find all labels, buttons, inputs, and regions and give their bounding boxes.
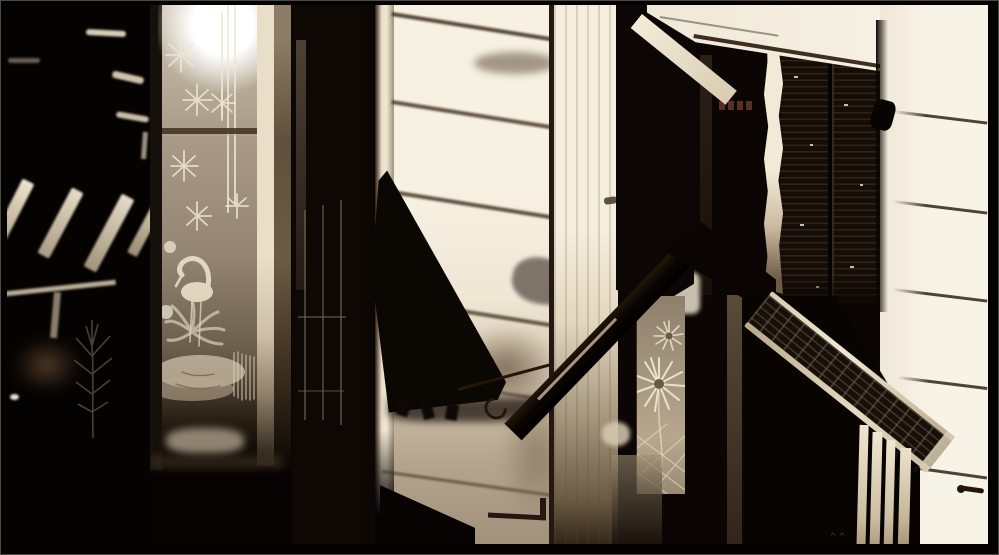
wall-shadow-sliver — [876, 20, 888, 312]
frame-left — [0, 0, 7, 555]
etched-fern-art — [68, 316, 118, 441]
sash-bar — [304, 210, 306, 420]
grime-smudge — [474, 52, 556, 74]
latch-hook-head — [957, 485, 965, 493]
trim-streaks — [554, 0, 618, 555]
window-stile-streaked — [274, 0, 291, 470]
lit-louver-dash — [116, 111, 150, 123]
speckle — [794, 76, 798, 78]
speckle — [860, 184, 863, 186]
sash-bar-horizontal — [298, 390, 344, 392]
white-speck — [10, 394, 19, 400]
pane-lower-fade — [612, 455, 662, 553]
sill-patch — [166, 428, 244, 454]
shutter-slat — [84, 194, 135, 273]
shutter-slat — [37, 187, 83, 258]
speckle — [810, 144, 813, 146]
shadow-gap-zone — [292, 0, 362, 555]
shutter-slat — [127, 201, 150, 257]
sash-bar-horizontal — [298, 316, 346, 318]
etched-window-flamingo — [150, 0, 292, 555]
frame-top — [0, 0, 999, 5]
shutter-bracket — [50, 292, 61, 338]
left-shadow-zone — [0, 0, 150, 555]
speckle — [844, 104, 848, 106]
lit-louver-dash — [112, 70, 145, 84]
lit-louver-dash — [141, 132, 148, 159]
trim-bright-spot — [602, 422, 630, 446]
mullion-highlight — [162, 134, 257, 136]
scratch-mark-vertical — [540, 498, 546, 520]
speckle — [800, 224, 804, 226]
lit-louver-dash — [86, 29, 126, 37]
sepia-facade-photo: ^^ — [0, 0, 999, 555]
window-stile-bright — [257, 0, 274, 466]
frame-bottom — [0, 544, 999, 555]
sill-step — [150, 455, 282, 469]
watermark: ^^ — [830, 533, 848, 543]
sash-bar — [322, 205, 324, 420]
jamb-lit-lower-strip — [727, 295, 742, 550]
etched-flamingo-art — [162, 0, 257, 430]
frame-right — [988, 0, 999, 555]
lit-louver-dash — [8, 58, 40, 63]
speckle — [850, 266, 854, 268]
